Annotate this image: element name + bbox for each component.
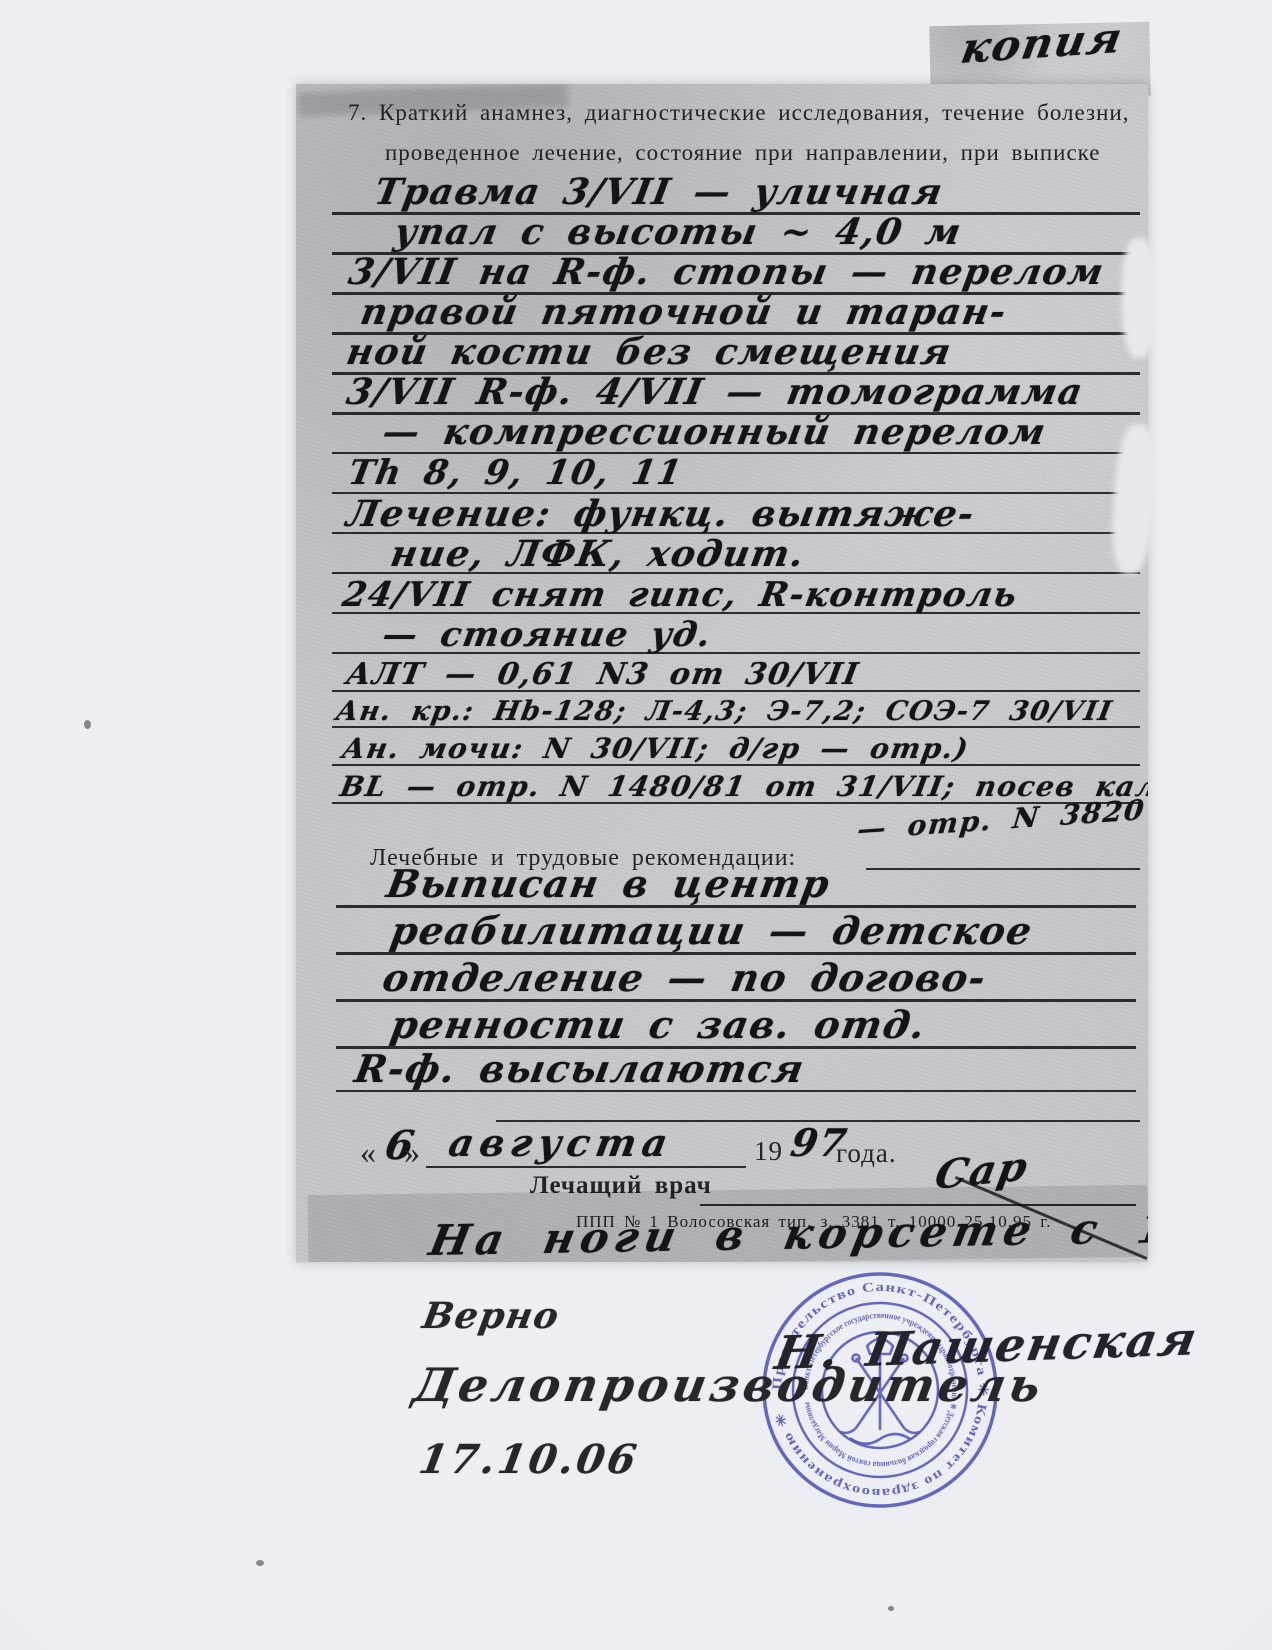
paper-speck <box>256 1560 264 1566</box>
copy-note: копия <box>958 17 1126 70</box>
handwritten-line: ной кости без смещения <box>344 334 955 370</box>
date-close-quote: » <box>404 1134 421 1171</box>
ruled-line <box>866 868 1140 870</box>
handwritten-line: Th 8, 9, 10, 11 <box>346 456 685 490</box>
handwritten-line: BL — отр. N 1480/81 от 31/VII; посев кал… <box>338 773 1148 801</box>
handwritten-line: 24/VII снят гипс, R-контроль <box>340 578 1021 612</box>
date-year-suffix: года. <box>836 1138 897 1169</box>
date-month: августа <box>446 1124 676 1162</box>
handwritten-line: ние, ЛФК, ходит. <box>388 536 808 572</box>
clerk-date: 17.10.06 <box>416 1440 642 1480</box>
paper-speck <box>888 1606 894 1611</box>
date-year-prefix: 19 <box>754 1136 783 1167</box>
item7-heading-line2: проведенное лечение, состояние при напра… <box>385 140 1100 166</box>
handwritten-line: Выписан в центр <box>384 865 833 903</box>
clerk-signature: Н. Пашенская <box>772 1315 1202 1376</box>
handwritten-line: правой пяточной и таран- <box>358 294 1010 330</box>
verno-note: Верно <box>420 1298 563 1334</box>
item7-heading-line1: 7. Краткий анамнез, диагностические иссл… <box>348 100 1129 126</box>
photocopy-region: 7. Краткий анамнез, диагностические иссл… <box>296 84 1148 1262</box>
handwritten-line: Лечение: функц. вытяже- <box>344 496 978 532</box>
ruled-line <box>426 1166 746 1168</box>
handwritten-line: Травма 3/VII — уличная <box>372 174 946 210</box>
handwritten-line: ренности с зав. отд. <box>388 1006 929 1044</box>
handwritten-line: — стояние уд. <box>380 618 715 652</box>
torn-edge-highlight <box>1122 238 1156 358</box>
paper-speck <box>84 720 91 729</box>
handwritten-line: отделение — по догово- <box>380 959 990 997</box>
handwritten-line: реабилитации — детское <box>388 912 1036 950</box>
handwritten-line: R-ф. высылаются <box>352 1050 808 1088</box>
handwritten-line: Ан. мочи: N 30/VII; д/гр — отр.) <box>340 735 971 763</box>
handwritten-line: 3/VII на R-ф. стопы — перелом <box>346 254 1107 290</box>
handwritten-line: 3/VII R-ф. 4/VII — томограмма <box>344 374 1086 410</box>
scanned-document-page: копия 7. Краткий анамнез, диагностически… <box>0 0 1272 1650</box>
date-open-quote: « <box>360 1134 377 1171</box>
handwritten-line: упал с высоты ~ 4,0 м <box>392 214 965 250</box>
handwritten-line: — компрессионный перелом <box>380 414 1049 450</box>
handwritten-line: Ан. кр.: Hb-128; Л-4,3; Э-7,2; СОЭ-7 30/… <box>334 698 1115 725</box>
handwritten-line: АЛТ — 0,61 N3 от 30/VII <box>344 660 861 690</box>
